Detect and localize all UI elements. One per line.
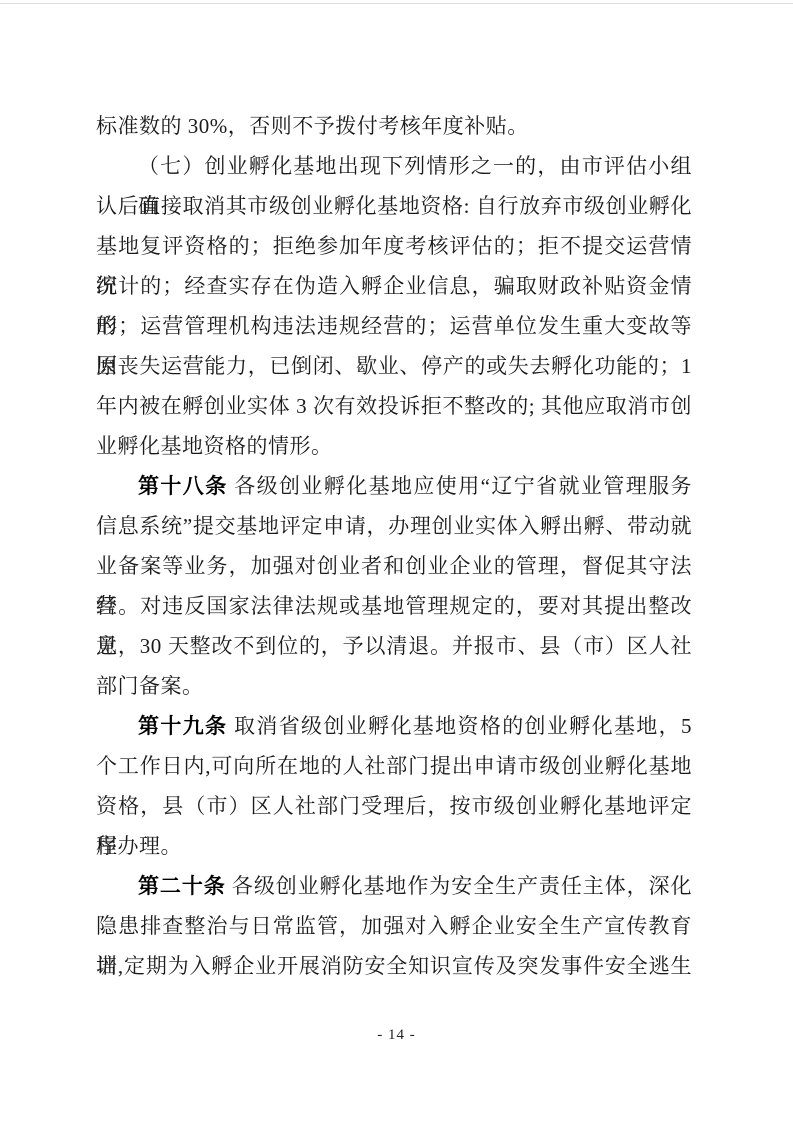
text-run: 业孵化基地资格的情形。 [96, 434, 333, 458]
article-heading: 第十九条 [138, 714, 227, 738]
text-run: 标准数的 30%，否则不予拨付考核年度补贴。 [96, 114, 529, 138]
text-line: 标准数的 30%，否则不予拨付考核年度补贴。 [96, 106, 692, 146]
text-run: 各级创业孵化基地作为安全生产责任主体，深化 [226, 874, 692, 898]
text-line: 训,定期为入孵企业开展消防安全知识宣传及突发事件安全逃生 [96, 946, 692, 986]
document-page: 标准数的 30%，否则不予拨付考核年度补贴。（七）创业孵化基地出现下列情形之一的… [0, 0, 793, 1122]
text-line: 业孵化基地资格的情形。 [96, 426, 692, 466]
article-heading: 第十八条 [138, 474, 228, 498]
text-run: 各级创业孵化基地应使用“辽宁省就业管理服务 [228, 474, 692, 498]
page-number: - 14 - [0, 1024, 793, 1046]
text-run: 年内被在孵创业实体 3 次有效投诉拒不整改的; 其他应取消市创 [96, 394, 692, 418]
text-line: 第十九条 取消省级创业孵化基地资格的创业孵化基地，5 [96, 706, 692, 746]
text-line: 年内被在孵创业实体 3 次有效投诉拒不整改的; 其他应取消市创 [96, 386, 692, 426]
text-run: 见，30 天整改不到位的，予以清退。并报市、县（市）区人社 [96, 634, 692, 658]
text-line: 营。对违反国家法律法规或基地管理规定的，要对其提出整改意 [96, 586, 692, 626]
text-run: 部门备案。 [96, 674, 204, 698]
text-run: 个工作日内,可向所在地的人社部门提出申请市级创业孵化基地 [96, 754, 692, 778]
text-line: 资格，县（市）区人社部门受理后，按市级创业孵化基地评定程 [96, 786, 692, 826]
text-line: 序办理。 [96, 826, 692, 866]
text-run: 信息系统”提交基地评定申请，办理创业实体入孵出孵、带动就 [96, 514, 692, 538]
text-line: 的；运营管理机构违法违规经营的；运营单位发生重大变故等原 [96, 306, 692, 346]
page-top-rule [0, 3, 793, 4]
text-line: 隐患排查整治与日常监管，加强对入孵企业安全生产宣传教育培 [96, 906, 692, 946]
article-heading: 第二十条 [138, 874, 226, 898]
text-run: 取消省级创业孵化基地资格的创业孵化基地，5 [227, 714, 692, 738]
text-line: 基地复评资格的；拒绝参加年度考核评估的；拒不提交运营情况 [96, 226, 692, 266]
text-line: 第十八条 各级创业孵化基地应使用“辽宁省就业管理服务 [96, 466, 692, 506]
text-line: 统计的；经查实存在伪造入孵企业信息，骗取财政补贴资金情形 [96, 266, 692, 306]
text-line: 业备案等业务，加强对创业者和创业企业的管理，督促其守法经 [96, 546, 692, 586]
text-line: 部门备案。 [96, 666, 692, 706]
text-line: （七）创业孵化基地出现下列情形之一的，由市评估小组确 [96, 146, 692, 186]
text-line: 第二十条 各级创业孵化基地作为安全生产责任主体，深化 [96, 866, 692, 906]
text-line: 因丧失运营能力，已倒闭、歇业、停产的或失去孵化功能的；1 [96, 346, 692, 386]
text-line: 信息系统”提交基地评定申请，办理创业实体入孵出孵、带动就 [96, 506, 692, 546]
text-run: 训,定期为入孵企业开展消防安全知识宣传及突发事件安全逃生 [96, 954, 692, 978]
text-line: 认后直接取消其市级创业孵化基地资格: 自行放弃市级创业孵化 [96, 186, 692, 226]
text-run: 因丧失运营能力，已倒闭、歇业、停产的或失去孵化功能的；1 [96, 354, 692, 378]
text-run: 认后直接取消其市级创业孵化基地资格: 自行放弃市级创业孵化 [96, 194, 692, 218]
text-run: 序办理。 [96, 834, 182, 858]
document-body: 标准数的 30%，否则不予拨付考核年度补贴。（七）创业孵化基地出现下列情形之一的… [96, 106, 692, 986]
text-line: 见，30 天整改不到位的，予以清退。并报市、县（市）区人社 [96, 626, 692, 666]
text-line: 个工作日内,可向所在地的人社部门提出申请市级创业孵化基地 [96, 746, 692, 786]
